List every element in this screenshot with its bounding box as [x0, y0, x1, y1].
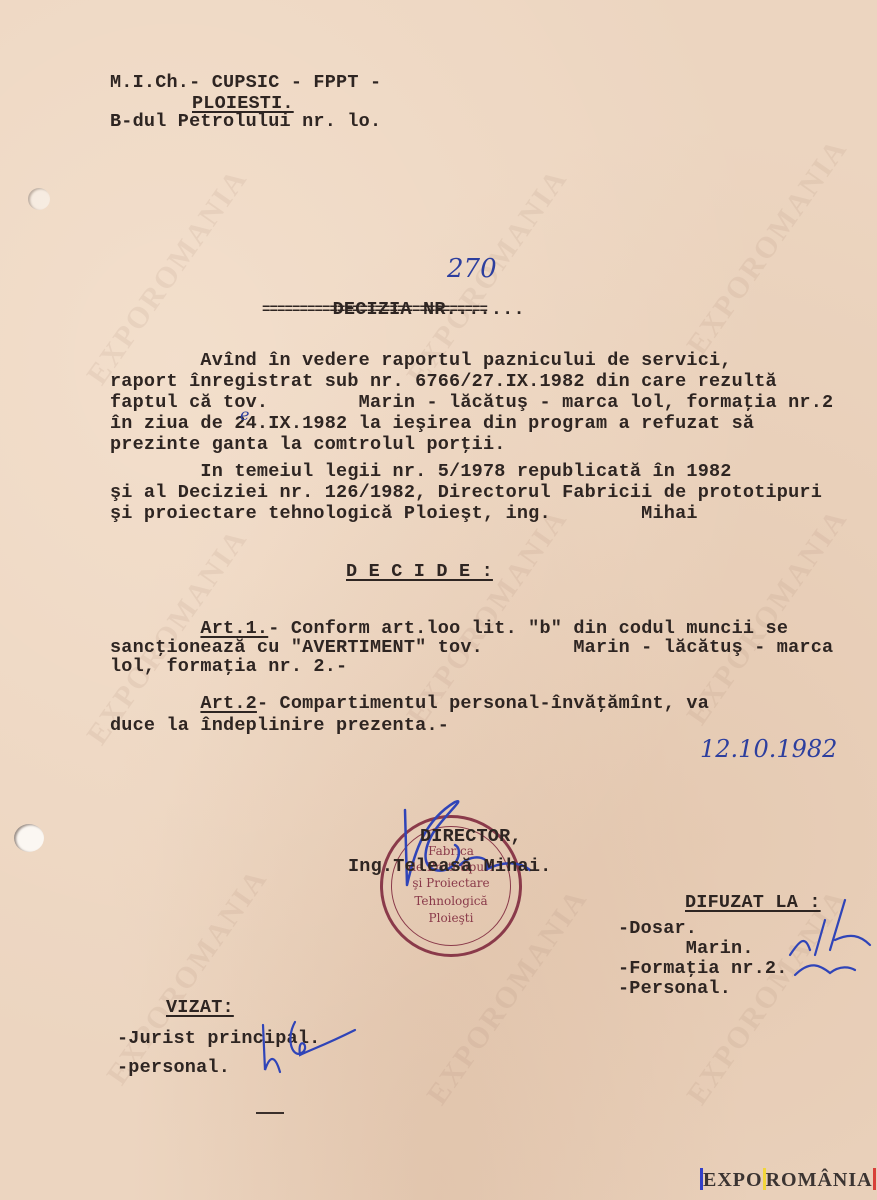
text-line: In temeiul legii nr. 5/1978 republicată … — [110, 462, 732, 482]
text-line: duce la îndeplinire prezenta.- — [110, 716, 449, 736]
expo-romania-logo: EXPOROMÂNIA — [700, 1168, 876, 1192]
distribution-signature — [785, 895, 875, 985]
header-address: B-dul Petrolului nr. lo. — [110, 112, 381, 132]
punch-hole — [28, 188, 50, 210]
article-1-label: Art.1. — [200, 618, 268, 639]
logo-red-bar — [873, 1168, 876, 1190]
punch-hole — [14, 824, 44, 852]
text-line: în ziua de 24.IX.1982 la ieşirea din pro… — [110, 414, 754, 434]
text-line: raport înregistrat sub nr. 6766/27.IX.19… — [110, 372, 777, 392]
text-line: Avînd în vedere raportul paznicului de s… — [110, 351, 732, 371]
text-line: Art.2- Compartimentul personal-învăţămîn… — [110, 694, 709, 714]
text-line: faptul că tov. Marin - lăcătuş - marca l… — [110, 393, 833, 413]
distribution-item: -Dosar. — [618, 919, 697, 939]
text-line: prezinte ganta la comtrolul porţii. — [110, 435, 506, 455]
vizat-heading: VIZAT: — [166, 998, 234, 1018]
distribution-item: -Formaţia nr.2. — [618, 959, 788, 979]
text-line: şi proiectare tehnologică Ploieşt, ing. … — [110, 504, 698, 524]
vizat-item: -personal. — [117, 1058, 230, 1078]
director-name: Ing.Teleasă Mihai. — [348, 857, 551, 877]
title-rule: ============================== — [262, 300, 487, 320]
decision-number-handwritten: 270 — [447, 254, 497, 284]
text-line: lol, formaţia nr. 2.- — [110, 657, 347, 677]
article-2-label: Art.2 — [200, 693, 257, 714]
short-rule — [256, 1112, 284, 1114]
decide-heading: D E C I D E : — [346, 562, 493, 582]
handwritten-date: 12.10.1982 — [700, 735, 837, 763]
watermark: EXPOROMANIA — [681, 133, 855, 362]
text-line: şi al Deciziei nr. 126/1982, Directorul … — [110, 483, 822, 503]
distribution-item: -Personal. — [618, 979, 731, 999]
handwritten-correction: e — [240, 405, 249, 424]
director-title: DIRECTOR, — [420, 827, 522, 847]
distribution-item: Marin. — [618, 939, 754, 959]
header-institution: M.I.Ch.- CUPSIC - FPPT - — [110, 73, 381, 93]
vizat-signature — [255, 1010, 365, 1080]
text-line: sancţionează cu "AVERTIMENT" tov. Marin … — [110, 638, 833, 658]
text-line: Art.1.- Conform art.loo lit. "b" din cod… — [110, 619, 788, 639]
